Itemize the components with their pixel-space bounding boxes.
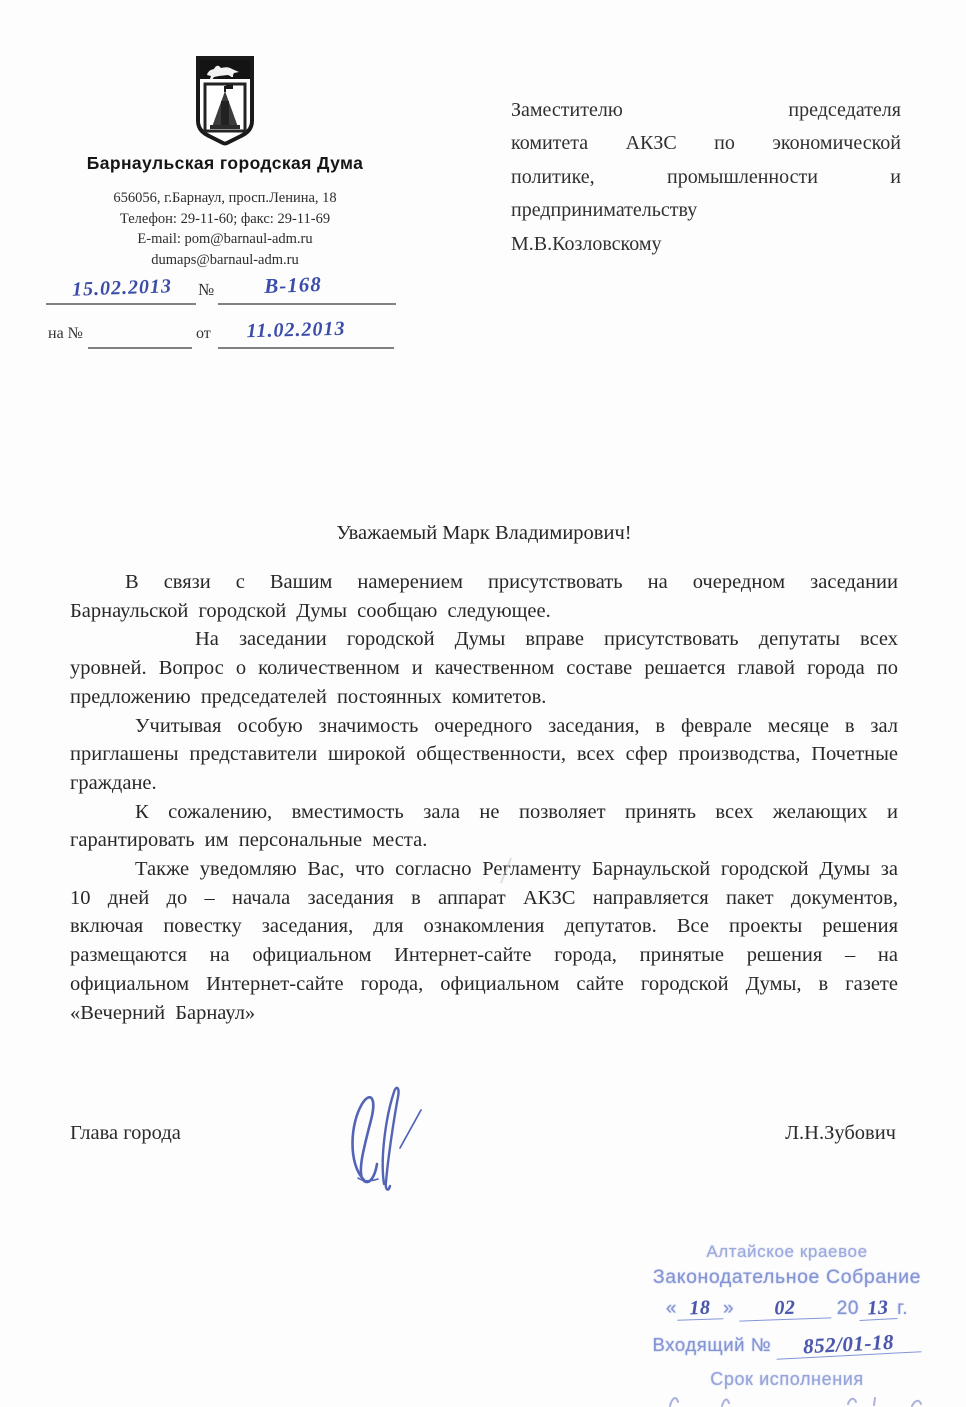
org-address: 656056, г.Барнаул, просп.Ленина, 18: [35, 188, 415, 209]
stamp-year-handwritten: 13: [859, 1297, 898, 1321]
outgoing-date-handwritten: 15.02.2013: [52, 275, 193, 303]
incoming-stamp: Алтайское краевое Законодательное Собран…: [612, 1240, 962, 1407]
stamp-year-prefix: 20: [837, 1298, 859, 1319]
scanned-letter-page: Барнаульская городская Дума 656056, г.Ба…: [0, 0, 966, 1407]
stamp-quote-close: »: [723, 1298, 734, 1319]
org-email-2: dumaps@barnaul-adm.ru: [35, 250, 415, 271]
stamp-year-suffix: г.: [897, 1298, 908, 1319]
recipient-name: М.В.Козловскому: [511, 228, 901, 261]
barnaul-coat-of-arms-icon: [193, 55, 257, 147]
letter-body: В связи с Вашим намерением присутствоват…: [70, 568, 898, 1027]
stamp-cutoff-handwriting-icon: [612, 1390, 962, 1407]
from-label: от: [196, 325, 211, 343]
body-paragraph: Также уведомляю Вас, что согласно Реглам…: [70, 855, 898, 1027]
recipient-line: предпринимательству: [511, 194, 901, 227]
org-contact-block: 656056, г.Барнаул, просп.Ленина, 18 Теле…: [35, 188, 415, 270]
signature-name: Л.Н.Зубович: [785, 1122, 896, 1145]
incoming-number-blank-line: [88, 347, 192, 349]
number-sign: №: [198, 280, 214, 300]
org-name: Барнаульская городская Дума: [35, 153, 415, 174]
handwritten-signature-icon: [328, 1082, 433, 1200]
recipient-line: комитета АКЗС по экономической: [511, 127, 901, 160]
recipient-line: политике, промышленности и: [511, 161, 901, 194]
outgoing-number-handwritten: В-168: [238, 271, 349, 300]
stamp-org-line: Законодательное Собрание: [612, 1266, 962, 1289]
date-blank-line: [46, 303, 196, 305]
stamp-org-line: Алтайское краевое: [612, 1242, 962, 1262]
stamp-date-row: «18» 02 2013г.: [612, 1298, 962, 1320]
stamp-month-handwritten: 02: [739, 1296, 832, 1321]
stamp-deadline-label: Срок исполнения: [612, 1369, 962, 1390]
body-paragraph: На заседании городской Думы вправе прису…: [70, 625, 898, 711]
recipient-block: Заместителю председателя комитета АКЗС п…: [511, 94, 901, 261]
stamp-incoming-row: Входящий № 852/01-18: [612, 1333, 962, 1356]
stamp-day-handwritten: 18: [677, 1297, 724, 1321]
stamp-incoming-label: Входящий №: [653, 1334, 772, 1355]
org-email: E-mail: pom@barnaul-adm.ru: [35, 229, 415, 250]
incoming-date-blank-line: [218, 347, 394, 349]
signature-title: Глава города: [70, 1122, 181, 1145]
incoming-ref-label: на №: [48, 325, 83, 343]
incoming-date-handwritten: 11.02.2013: [226, 317, 367, 344]
stamp-quote-open: «: [666, 1298, 677, 1319]
stamp-incoming-number-handwritten: 852/01-18: [776, 1329, 922, 1360]
body-paragraph: Учитывая особую значимость очередного за…: [70, 712, 898, 798]
body-paragraph: К сожалению, вместимость зала не позволя…: [70, 798, 898, 855]
org-phone: Телефон: 29-11-60; факс: 29-11-69: [35, 209, 415, 230]
body-paragraph: В связи с Вашим намерением присутствоват…: [70, 568, 898, 625]
number-blank-line: [218, 303, 396, 305]
recipient-line: Заместителю председателя: [511, 94, 901, 127]
salutation: Уважаемый Марк Владимирович!: [70, 522, 898, 545]
